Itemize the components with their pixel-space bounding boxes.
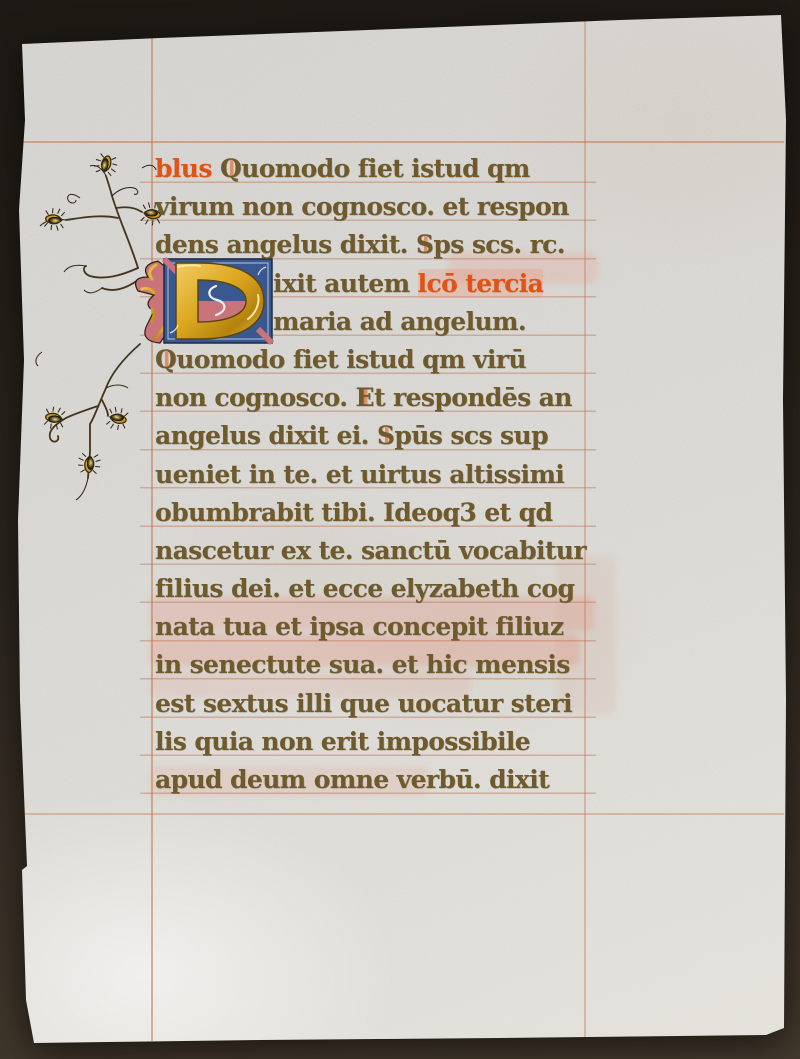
text-segment-ink: uomodo fiet istud qm virū — [176, 345, 526, 374]
text-segment-rubric: blus — [155, 154, 220, 183]
text-line: Quomodo fiet istud qm virū — [155, 341, 591, 379]
text-block: blus Quomodo fiet istud qmvirum non cogn… — [155, 150, 591, 799]
text-segment-touch: Q — [220, 154, 241, 183]
text-segment-ink: ixit autem — [273, 269, 418, 298]
text-segment-ink: ueniet in te. et uirtus altissimi — [155, 460, 564, 489]
manuscript-photo: blus Quomodo fiet istud qmvirum non cogn… — [0, 0, 800, 1059]
text-segment-ink: non cognosco. — [155, 383, 356, 412]
text-line: lis quia non erit impossibile — [155, 723, 591, 761]
text-segment-ink: lis quia non erit impossibile — [155, 727, 530, 756]
leaf-shadow-wrap: blus Quomodo fiet istud qmvirum non cogn… — [0, 0, 800, 1059]
text-segment-ink: t respondēs an — [374, 383, 572, 412]
text-line: nascetur ex te. sanctū vocabitur — [155, 532, 591, 570]
text-line: filius dei. et ecce elyzabeth cog — [155, 570, 591, 608]
text-segment-ink: maria ad angelum. — [273, 307, 526, 336]
text-segment-ink: apud deum omne verbū. dixit — [155, 765, 549, 794]
text-segment-touch: E — [356, 383, 374, 412]
text-line: nata tua et ipsa concepit filiuz — [155, 608, 591, 646]
text-line: ueniet in te. et uirtus altissimi — [155, 456, 591, 494]
text-line: dens angelus dixit. Sps scs. rc. — [155, 226, 591, 264]
text-segment-ink: virum non cognosco. et respon — [155, 192, 569, 221]
text-segment-ink: obumbrabit tibi. — [155, 498, 383, 527]
text-segment-ink: nata tua et ipsa concepit filiuz — [155, 612, 563, 641]
text-segment-ink: ps scs. rc. — [433, 230, 565, 259]
text-segment-ink: angelus dixit ei. — [155, 421, 377, 450]
text-segment-touch: Q — [155, 345, 176, 374]
text-segment-ink: dens angelus dixit. — [155, 230, 416, 259]
text-segment-touch: S — [416, 230, 433, 259]
text-line: apud deum omne verbū. dixit — [155, 761, 591, 799]
text-line: est sextus illi que uocatur steri — [155, 685, 591, 723]
text-segment-ink: est sextus illi que uocatur steri — [155, 689, 572, 718]
text-segment-ink: uomodo fiet istud qm — [241, 154, 530, 183]
text-segment-ink: pūs scs sup — [394, 421, 548, 450]
ruling-line-horizontal-top — [20, 141, 784, 143]
text-line: virum non cognosco. et respon — [155, 188, 591, 226]
manuscript-leaf: blus Quomodo fiet istud qmvirum non cogn… — [0, 0, 800, 1059]
text-segment-ink: in senectute sua. et hic mensis — [155, 650, 570, 679]
text-line: angelus dixit ei. Spūs scs sup — [155, 417, 591, 455]
text-line: non cognosco. Et respondēs an — [155, 379, 591, 417]
text-line: in senectute sua. et hic mensis — [155, 646, 591, 684]
text-line: blus Quomodo fiet istud qm — [155, 150, 591, 188]
text-segment-ink: nascetur ex te. sanctū vocabitur — [155, 536, 586, 565]
text-segment-touch: S — [377, 421, 394, 450]
text-line: ixit autem lcō tercia — [155, 265, 591, 303]
text-line: obumbrabit tibi. Ideoq3 et qd — [155, 494, 591, 532]
text-segment-ink: deoq3 et qd — [394, 498, 552, 527]
text-segment-ink: filius dei. et ecce elyzabeth cog — [155, 574, 574, 603]
text-line: maria ad angelum. — [155, 303, 591, 341]
text-segment-rubric-hl: lcō tercia — [418, 269, 544, 298]
ruling-line-horizontal-bottom — [20, 813, 784, 815]
text-segment-touch: I — [383, 498, 394, 527]
